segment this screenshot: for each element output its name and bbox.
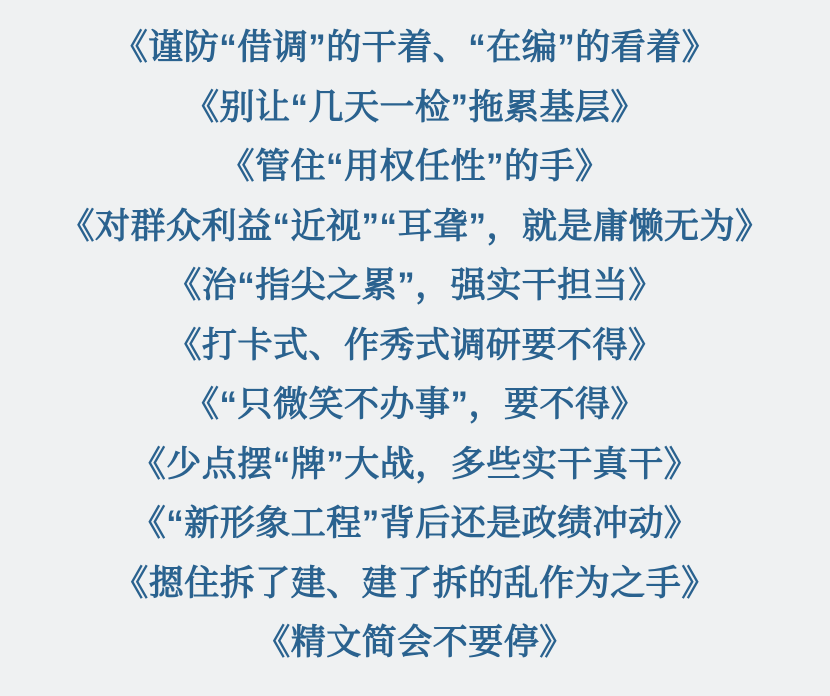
article-title-list: 《谨防“借调”的干着、“在编”的看着》 《别让“几天一检”拖累基层》 《管住“用… <box>0 18 830 673</box>
article-title-3: 《管住“用权任性”的手》 <box>0 137 830 197</box>
article-title-9: 《“新形象工程”背后还是政绩冲动》 <box>0 494 830 554</box>
article-title-11: 《精文简会不要停》 <box>0 613 830 673</box>
article-title-7: 《“只微笑不办事”，要不得》 <box>0 375 830 435</box>
article-title-graphic: 《谨防“借调”的干着、“在编”的看着》 《别让“几天一检”拖累基层》 《管住“用… <box>0 0 830 696</box>
article-title-5: 《治“指尖之累”，强实干担当》 <box>0 256 830 316</box>
article-title-8: 《少点摆“牌”大战，多些实干真干》 <box>0 435 830 495</box>
article-title-4: 《对群众利益“近视”“耳聋”，就是庸懒无为》 <box>0 197 830 257</box>
article-title-2: 《别让“几天一检”拖累基层》 <box>0 78 830 138</box>
article-title-6: 《打卡式、作秀式调研要不得》 <box>0 316 830 376</box>
article-title-1: 《谨防“借调”的干着、“在编”的看着》 <box>0 18 830 78</box>
article-title-10: 《摁住拆了建、建了拆的乱作为之手》 <box>0 554 830 614</box>
